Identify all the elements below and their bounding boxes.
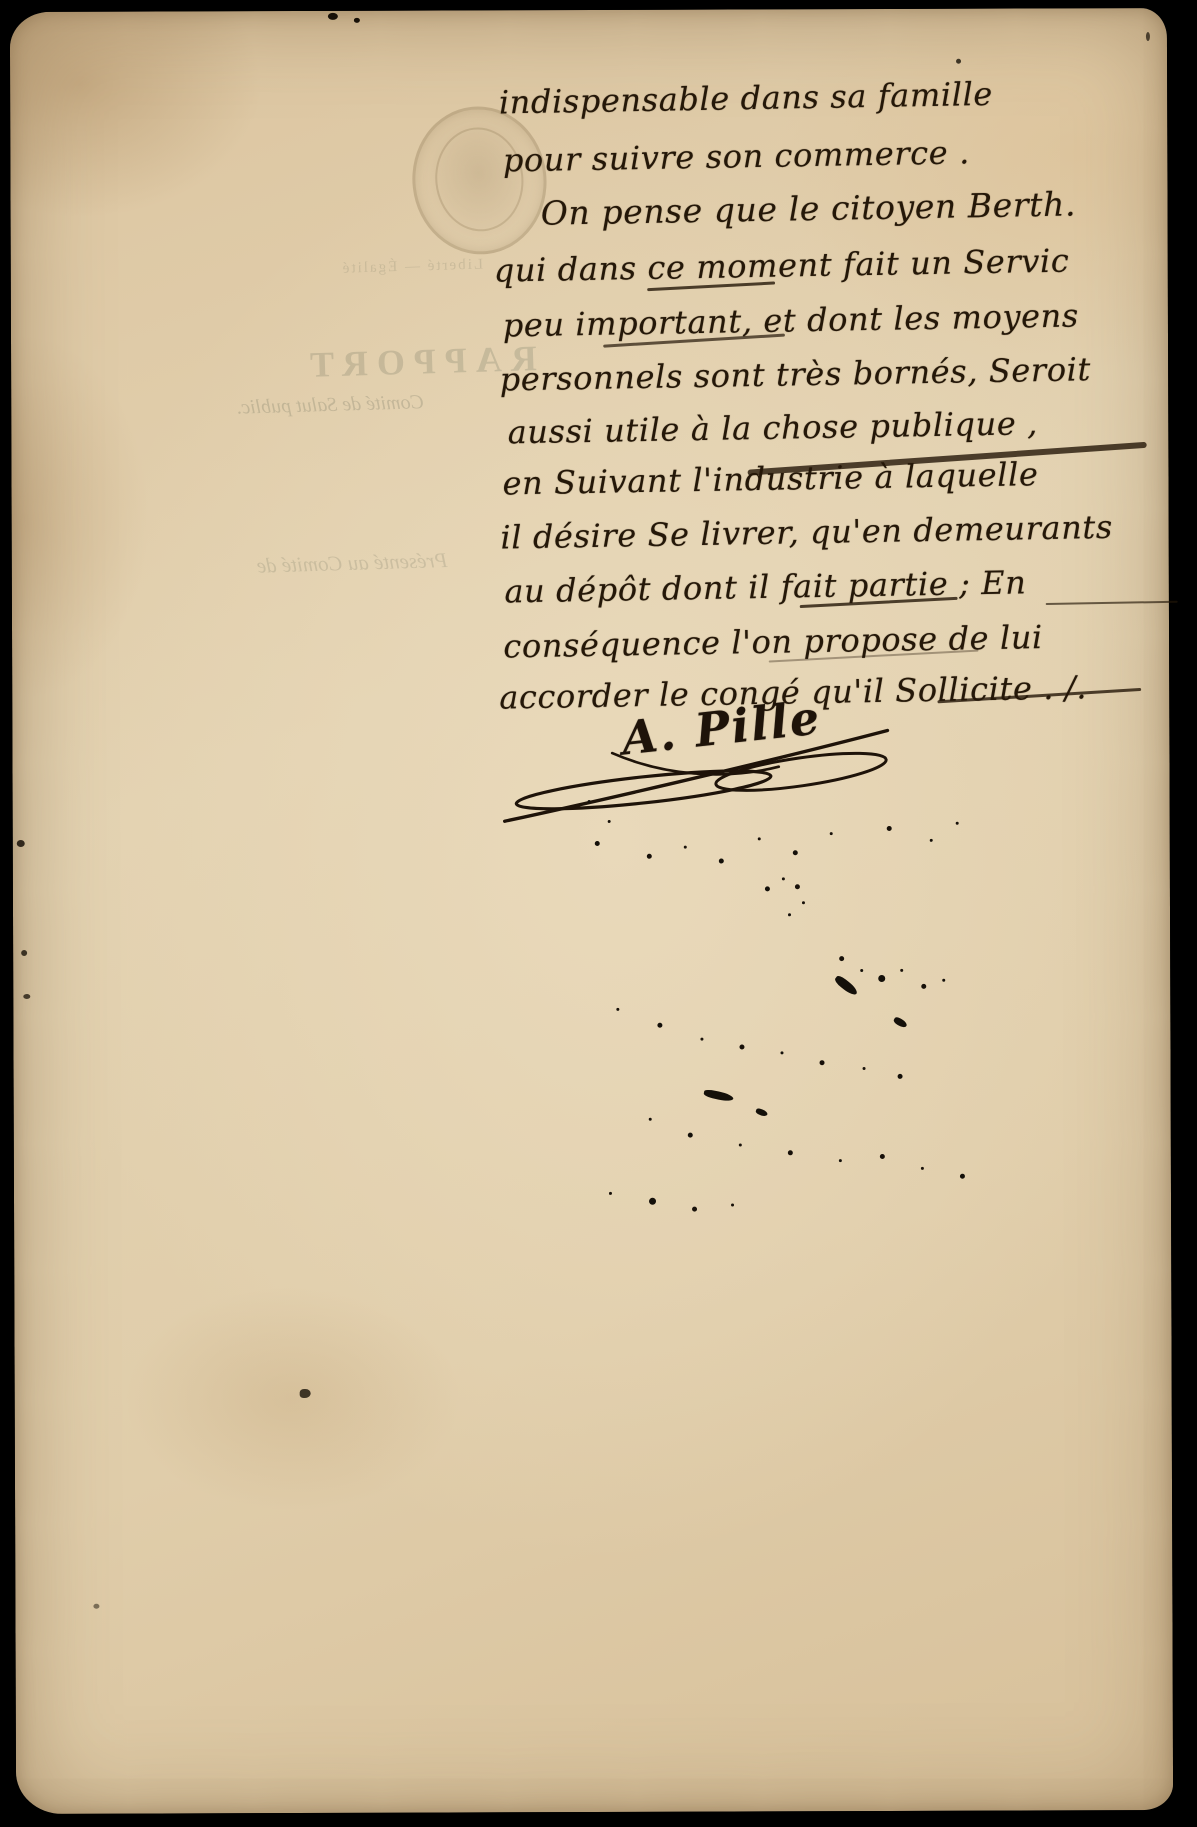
manuscript-line: au dépôt dont il fait partie ; En (504, 563, 1027, 610)
manuscript-line: personnels sont très bornés, Seroit (499, 350, 1091, 398)
handwritten-text-block: indispensable dans sa famille pour suivr… (0, 0, 1186, 1822)
manuscript-line: indispensable dans sa famille (499, 75, 994, 122)
ink-stroke (1046, 601, 1178, 605)
manuscript-line: conséquence l'on propose de lui (503, 618, 1043, 665)
manuscript-line: On pense que le citoyen Berth. (540, 184, 1076, 232)
paper-speck (93, 1604, 99, 1609)
manuscript-page: Liberté — Égalité RAPPORT Comité de Salu… (10, 8, 1173, 1814)
paper-speck (21, 950, 27, 956)
paper-speck (328, 13, 338, 20)
paper-speck (17, 840, 25, 847)
signature: A. Pille (490, 692, 914, 828)
paper-speck (1146, 32, 1150, 41)
manuscript-line: en Suivant l'industrie à laquelle (502, 455, 1039, 502)
paper-speck (354, 18, 360, 23)
manuscript-line: il désire Se livrer, qu'en demeurants (500, 508, 1113, 557)
ink-spatter (588, 800, 589, 801)
ink-spatter-dots (588, 800, 591, 803)
manuscript-line: pour suivre son commerce . (503, 133, 971, 179)
manuscript-line: qui dans ce moment fait un Servic (493, 242, 1069, 290)
paper-speck (23, 994, 30, 999)
manuscript-line: aussi utile à la chose publique , (507, 404, 1038, 451)
manuscript-line: peu important, et dont les moyens (502, 296, 1079, 344)
scan-background: Liberté — Égalité RAPPORT Comité de Salu… (0, 0, 1197, 1827)
paper-speck (956, 59, 961, 64)
